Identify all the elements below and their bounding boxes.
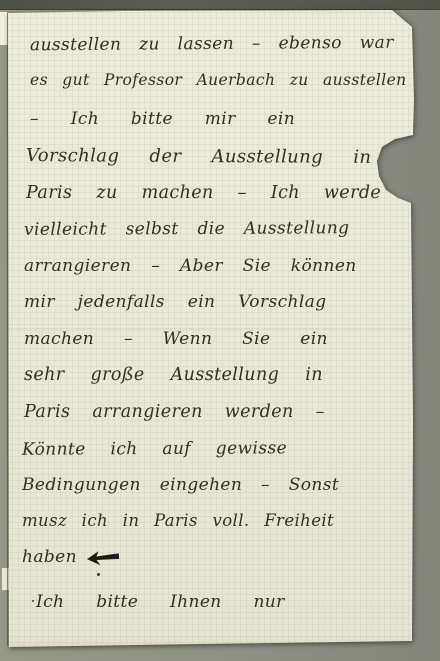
handwriting-line: ausstellen zu lassen – ebenso war	[30, 33, 394, 56]
ink-dot	[97, 573, 100, 576]
handwriting-line: Ich bitte Ihnen nur	[36, 592, 285, 612]
letter-photograph: ausstellen zu lassen – ebenso war es gut…	[0, 0, 440, 661]
paper-left-edge-shadow	[7, 12, 8, 646]
handwriting-line: es gut Professor Auerbach zu ausstellen …	[30, 71, 429, 89]
handwriting-line: mir jedenfalls ein Vorschlag	[24, 292, 327, 312]
handwriting-line: Paris arrangieren werden –	[24, 402, 325, 422]
left-arrow-ink-mark-icon	[86, 550, 120, 566]
handwriting-line: machen – Wenn Sie ein	[24, 329, 328, 349]
handwriting-line: Vorschlag der Ausstellung in	[26, 145, 371, 168]
letter-paper: ausstellen zu lassen – ebenso war es gut…	[0, 0, 440, 661]
handwriting-line: haben	[22, 547, 77, 567]
handwriting-line: sehr große Ausstellung in	[24, 365, 323, 385]
handwriting-line: arrangieren – Aber Sie können	[24, 256, 357, 276]
handwriting-line: Paris zu machen – Ich werde	[26, 183, 381, 203]
handwriting-line: – Ich bitte mir ein	[30, 109, 295, 129]
letter-paper-shadow: ausstellen zu lassen – ebenso war es gut…	[0, 0, 440, 661]
handwriting-line: musz ich in Paris voll. Freiheit	[22, 511, 334, 530]
ink-dot	[32, 600, 34, 602]
handwriting-line: Bedingungen eingehen – Sonst	[22, 475, 339, 495]
handwriting-line: Könnte ich auf gewisse	[22, 438, 287, 459]
handwriting-line: vielleicht selbst die Ausstellung	[24, 218, 350, 240]
